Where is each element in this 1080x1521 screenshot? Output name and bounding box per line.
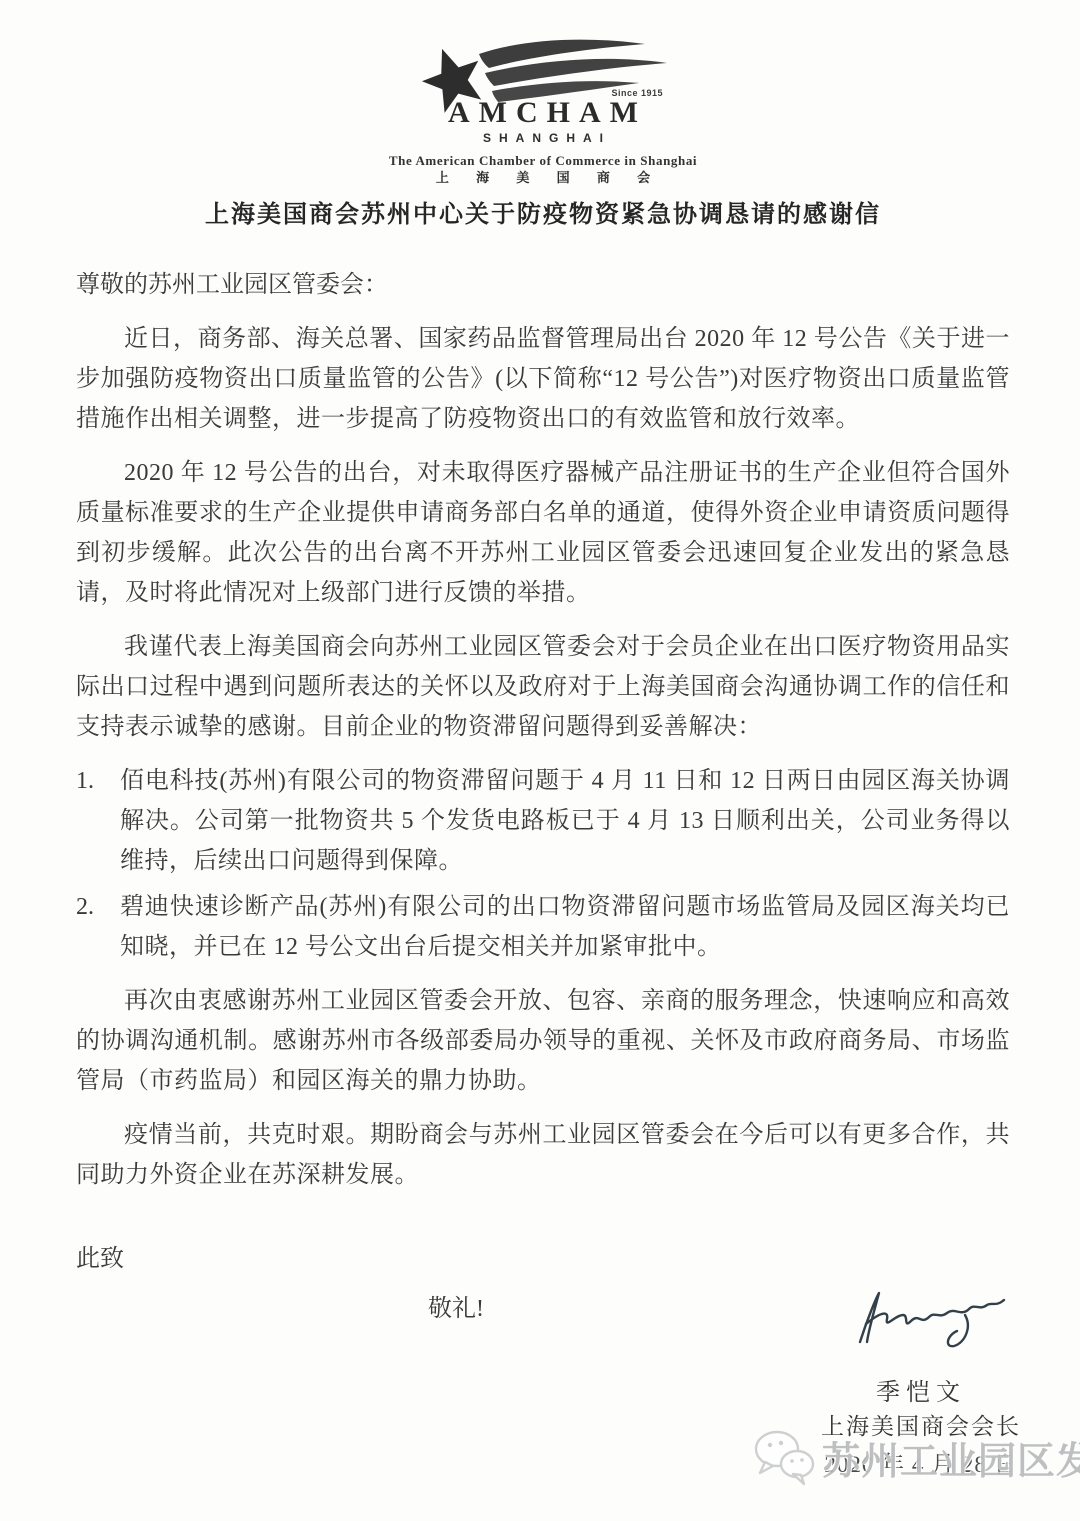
amcham-letterhead: Since 1915 AMCHAM SHANGHAI The American … <box>76 36 1010 184</box>
amcham-logo: Since 1915 <box>393 36 693 122</box>
letter-title: 上海美国商会苏州中心关于防疫物资紧急协调恳请的感谢信 <box>76 200 1010 231</box>
paragraph-outlook: 疫情当前，共克时艰。期盼商会与苏州工业园区管委会在今后可以有更多合作，共同助力外… <box>76 1115 1010 1195</box>
signature-handwriting <box>844 1286 1024 1358</box>
list-item: 2. 碧迪快速诊断产品(苏州)有限公司的出口物资滞留问题市场监管局及园区海关均已… <box>76 887 1010 967</box>
shanghai-wordmark: SHANGHAI <box>76 132 1010 144</box>
org-name-english: The American Chamber of Commerce in Shan… <box>76 154 1010 167</box>
paragraph-thanks: 我谨代表上海美国商会向苏州工业园区管委会对于会员企业在出口医疗物资用品实际出口过… <box>76 627 1010 747</box>
wechat-chat-bubbles-icon <box>752 1428 816 1486</box>
salutation: 尊敬的苏州工业园区管委会： <box>76 265 1010 305</box>
since-1915-label: Since 1915 <box>611 88 663 98</box>
signer-name: 季恺文 <box>806 1372 1036 1407</box>
watermark-label: 苏州工业园区发布 <box>822 1430 1080 1485</box>
paragraph-announcement: 近日，商务部、海关总署、国家药品监督管理局出台 2020 年 12 号公告《关于… <box>76 319 1010 439</box>
list-item-number: 2. <box>76 887 120 967</box>
list-item-text: 碧迪快速诊断产品(苏州)有限公司的出口物资滞留问题市场监管局及园区海关均已知晓，… <box>120 887 1010 967</box>
paragraph-gratitude: 再次由衷感谢苏州工业园区管委会开放、包容、亲商的服务理念，快速响应和高效的协调沟… <box>76 981 1010 1101</box>
case-list: 1. 佰电科技(苏州)有限公司的物资滞留问题于 4 月 11 日和 12 日两日… <box>76 761 1010 967</box>
letter-page: Since 1915 AMCHAM SHANGHAI The American … <box>0 0 1080 1521</box>
list-item-number: 1. <box>76 761 120 881</box>
list-item: 1. 佰电科技(苏州)有限公司的物资滞留问题于 4 月 11 日和 12 日两日… <box>76 761 1010 881</box>
star-swoosh-icon <box>393 36 693 122</box>
list-item-text: 佰电科技(苏州)有限公司的物资滞留问题于 4 月 11 日和 12 日两日由园区… <box>120 761 1010 881</box>
letter-content: Since 1915 AMCHAM SHANGHAI The American … <box>0 0 1080 1329</box>
closing-cizhi: 此致 <box>76 1239 1010 1279</box>
paragraph-whitelist: 2020 年 12 号公告的出台，对未取得医疗器械产品注册证书的生产企业但符合国… <box>76 453 1010 613</box>
org-name-chinese: 上 海 美 国 商 会 <box>76 171 1010 184</box>
publisher-watermark: 苏州工业园区发布 <box>752 1428 1080 1486</box>
